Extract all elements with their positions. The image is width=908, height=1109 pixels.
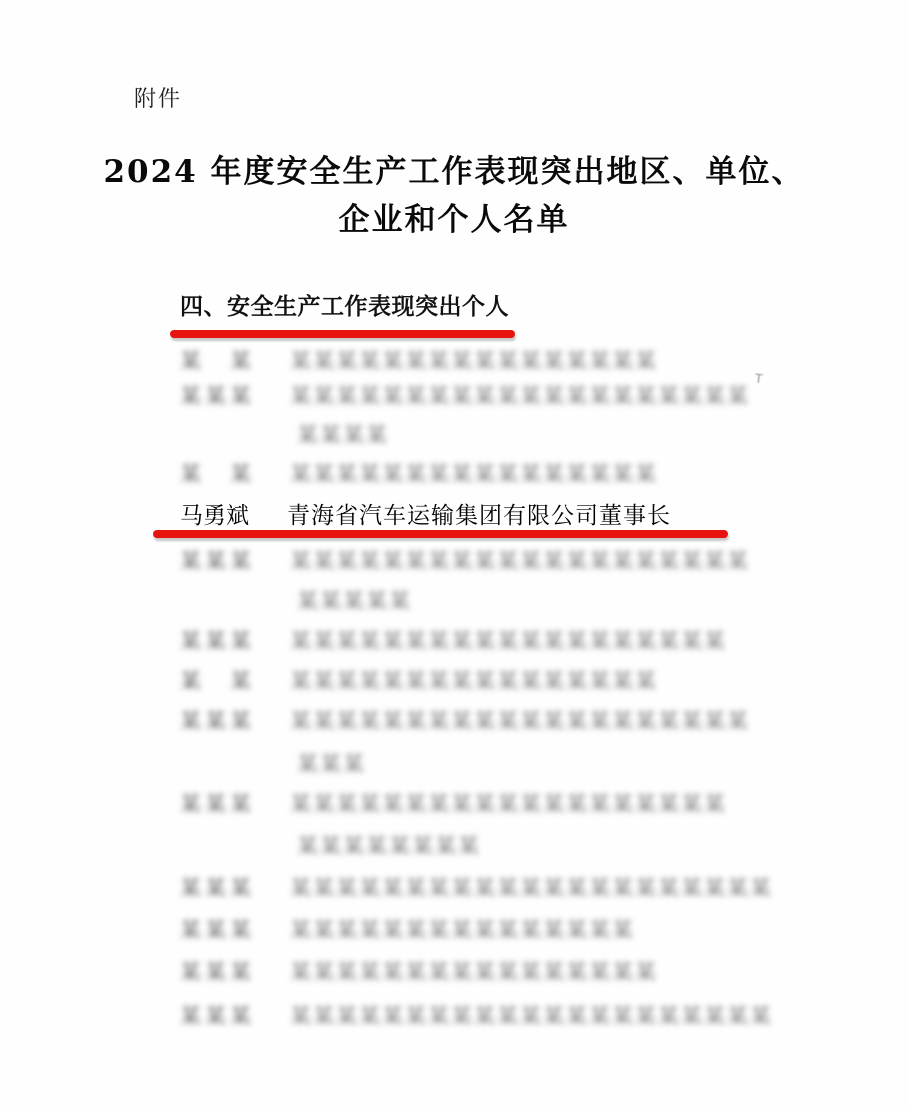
person-position: 某某某某某某某某某某某某某某某某: [290, 458, 658, 488]
person-position: 某某某某某某某某某某某某某某某某某某某某某: [290, 1000, 773, 1030]
person-position: 某某某某: [297, 419, 389, 449]
person-name: 某某某: [180, 914, 255, 944]
list-entry: 某 某某某某某某某某某某某某某某某某某: [0, 345, 908, 375]
person-name: 某某某: [180, 872, 255, 902]
person-position: 某某某某某某某某某某某某某某某某某某某: [290, 625, 727, 655]
person-position: 某某某某某某某某某某某某某某某某: [290, 665, 658, 695]
list-entry: 某某某某某某某某某某某某某某某某某某某某某某某: [0, 380, 908, 410]
person-position: 某某某某某: [297, 585, 412, 615]
person-position: 某某某某某某某某某某某某某某某某: [290, 956, 658, 986]
person-position: 某某某某某某某某某某某某某某某某: [290, 345, 658, 375]
person-position: 青海省汽车运输集团有限公司董事长: [287, 497, 671, 530]
person-position: 某某某某某某某某某某某某某某某某某某某某: [290, 705, 750, 735]
list-entry: 某 某某某某某某某某某某某某某某某某某: [0, 665, 908, 695]
entry-continuation-line: 某某某某某: [0, 585, 908, 615]
list-entry: 某某某某某某某某某某某某某某某某某某某某某某: [0, 625, 908, 655]
entry-continuation-line: 某某某某: [0, 419, 908, 449]
list-entry: 某某某某某某某某某某某某某某某某某某某某某某某某: [0, 1000, 908, 1030]
list-entry: 某某某某某某某某某某某某某某某某某某某某某某: [0, 788, 908, 818]
list-entry: 某某某某某某某某某某某某某某某某某某某某某某某: [0, 705, 908, 735]
entry-continuation-line: 某某某: [0, 748, 908, 778]
smudge-artifact: [178, 676, 202, 688]
person-position: 某某某某某某某某某某某某某某某某某某某: [290, 788, 727, 818]
person-position: 某某某某某某某某: [297, 830, 481, 860]
person-name: 某某某: [180, 545, 255, 575]
person-position: 某某某某某某某某某某某某某某某: [290, 914, 635, 944]
person-name: 某 某: [180, 458, 255, 488]
person-position: 某某某某某某某某某某某某某某某某某某某某: [290, 545, 750, 575]
list-entry: 某某某某某某某某某某某某某某某某某某某某某某某某: [0, 872, 908, 902]
list-entry: 某某某某某某某某某某某某某某某某某某某: [0, 956, 908, 986]
entry-continuation-line: 某某某某某某某某: [0, 830, 908, 860]
person-position: 某某某: [297, 748, 366, 778]
document-page: 附件 2024 年度安全生产工作表现突出地区、单位、 企业和个人名单 四、安全生…: [0, 0, 908, 1109]
person-name: 某 某: [180, 345, 255, 375]
person-name: 某某某: [180, 380, 255, 410]
person-name: 某某某: [180, 625, 255, 655]
person-position: 某某某某某某某某某某某某某某某某某某某某某: [290, 872, 773, 902]
award-list: 某 某某某某某某某某某某某某某某某某某某某某某某某某某某某某某某某某某某某某某某…: [0, 0, 908, 1109]
list-entry: 某 某某某某某某某某某某某某某某某某某: [0, 458, 908, 488]
list-entry: 某某某某某某某某某某某某某某某某某某某某某某某: [0, 545, 908, 575]
person-name: 某某某: [180, 956, 255, 986]
person-name: 马勇斌: [180, 497, 249, 530]
person-name: 某某某: [180, 788, 255, 818]
person-position: 某某某某某某某某某某某某某某某某某某某某: [290, 380, 750, 410]
highlighted-list-entry: 马勇斌青海省汽车运输集团有限公司董事长: [0, 497, 908, 527]
smudge-mark-artifact: T: [754, 372, 763, 387]
list-entry: 某某某某某某某某某某某某某某某某某某: [0, 914, 908, 944]
person-name: 某某某: [180, 705, 255, 735]
person-name: 某某某: [180, 1000, 255, 1030]
